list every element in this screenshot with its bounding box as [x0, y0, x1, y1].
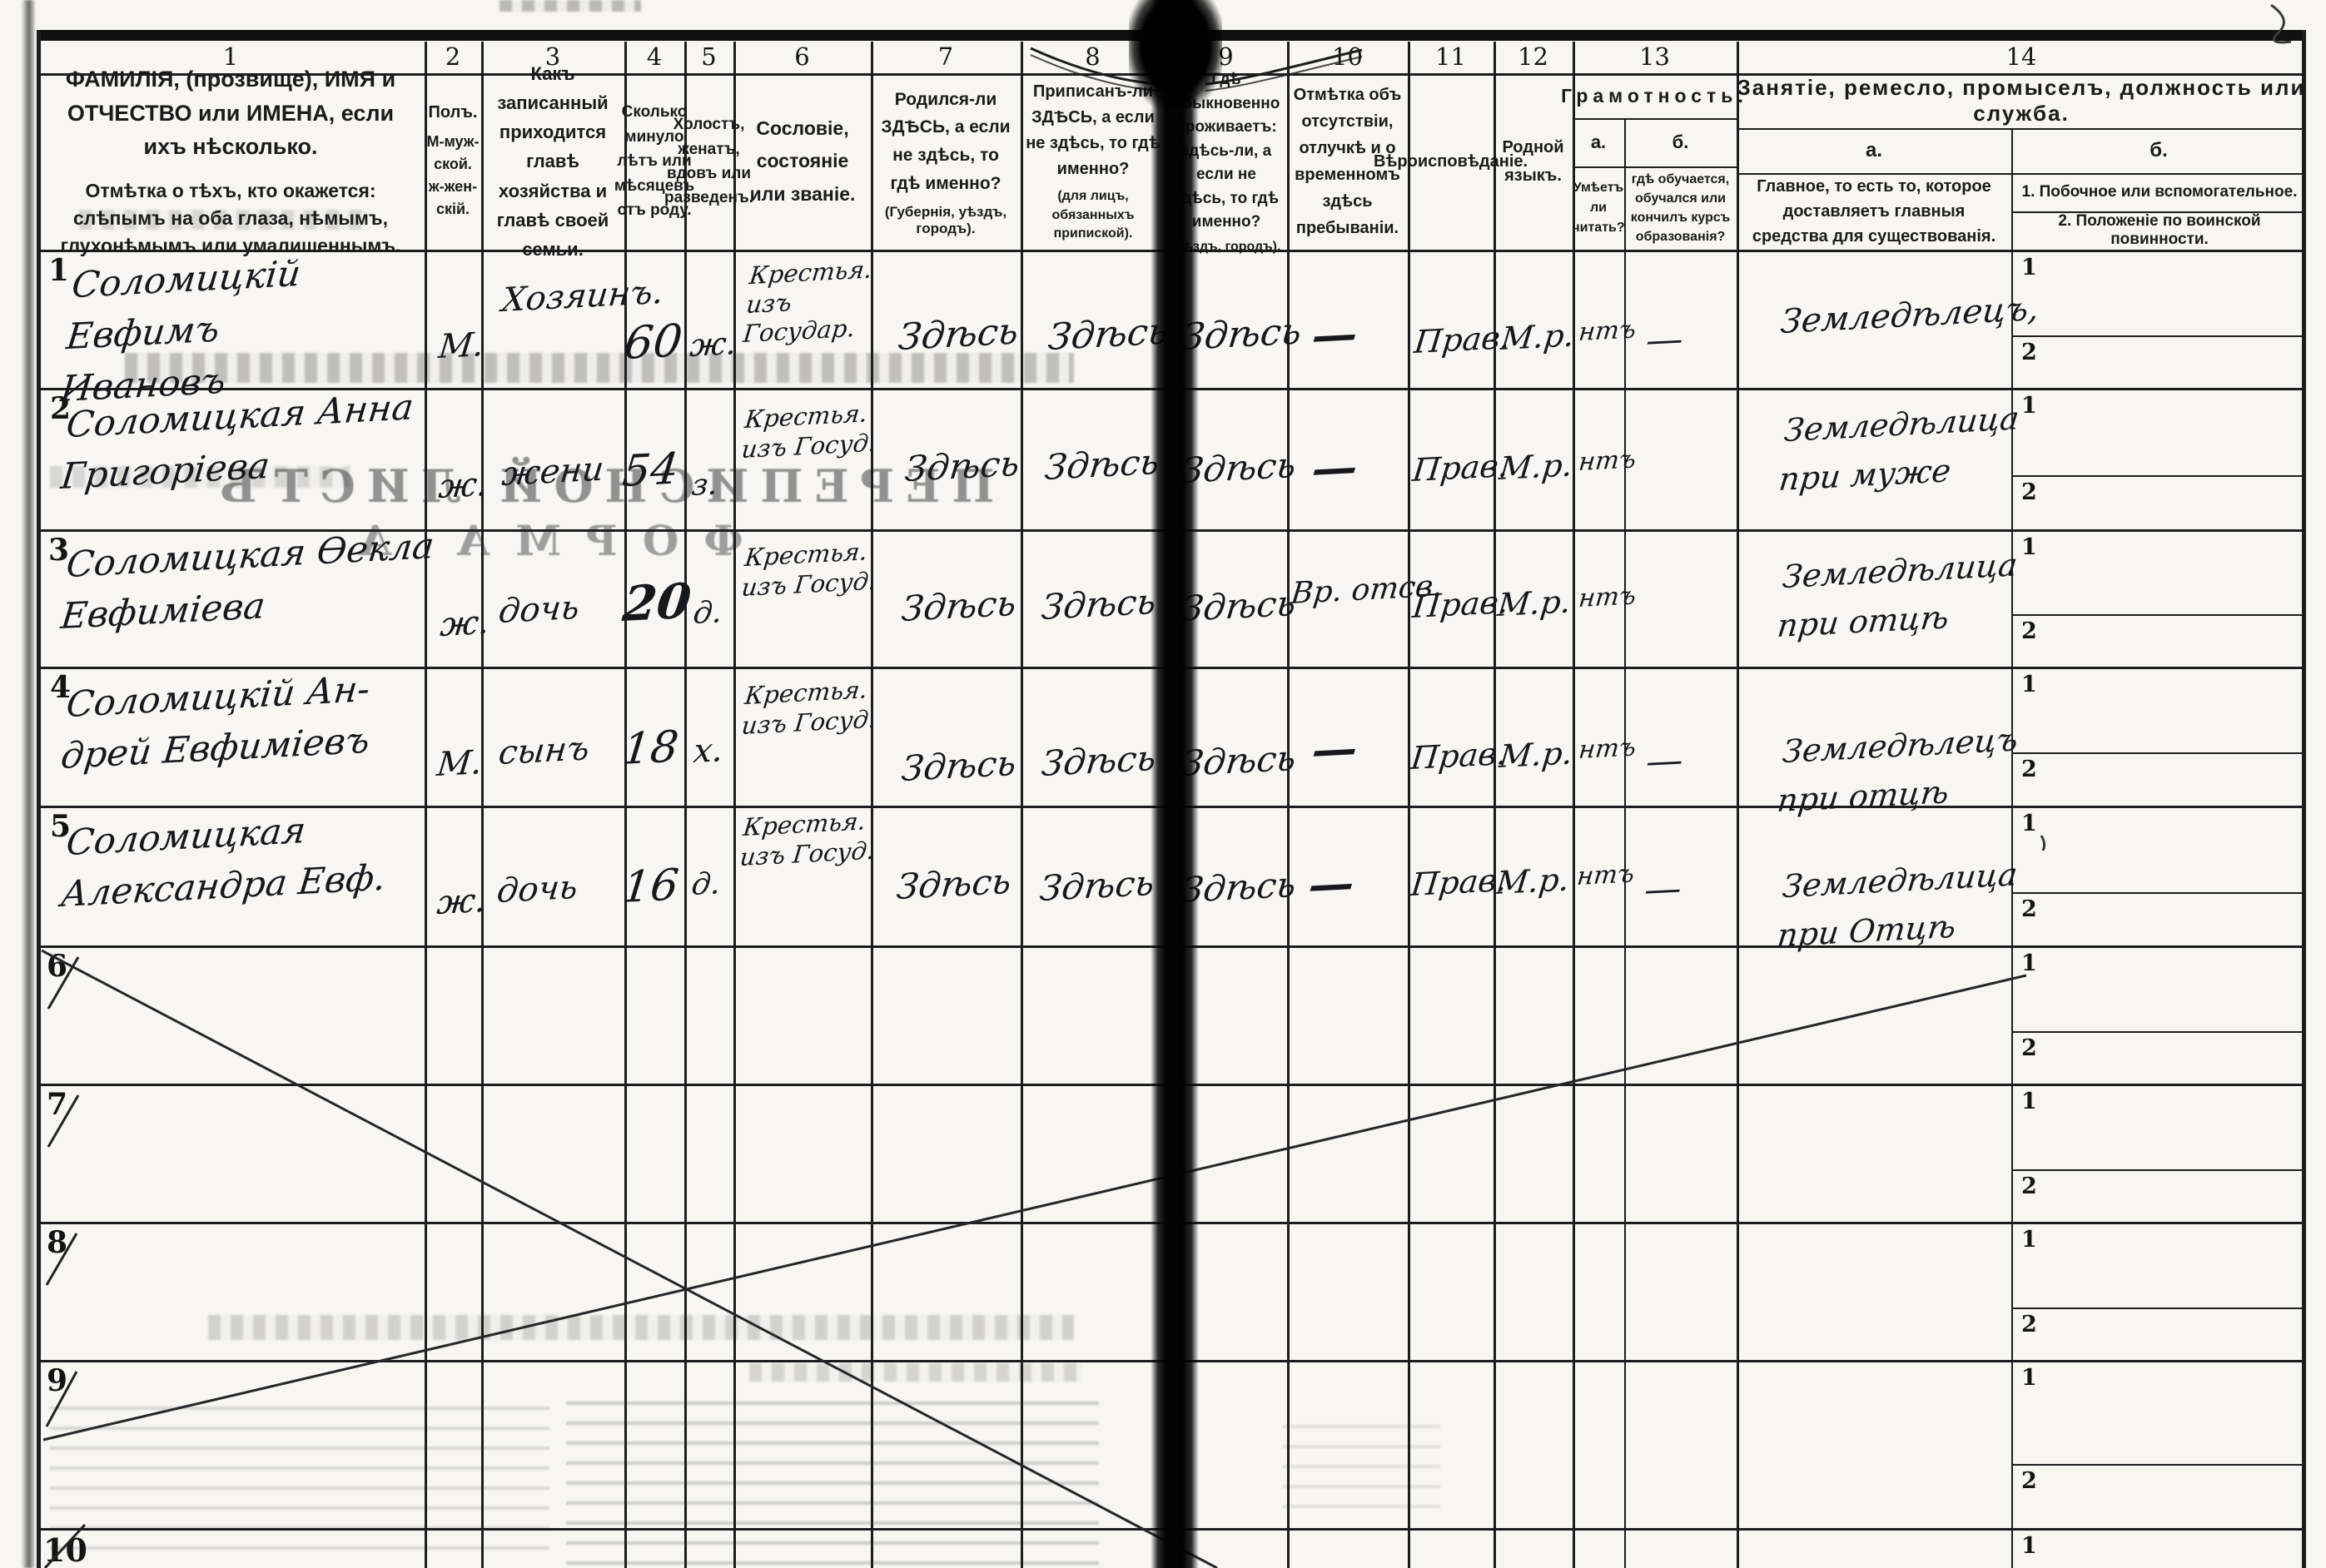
binding-shadow — [1151, 0, 1199, 1568]
binding-shadow-top — [1129, 0, 1222, 108]
scanned-census-form-page: ПЕРЕПИСНОЙ ЛИСТЪ ФОРМА А — [0, 0, 2326, 1568]
